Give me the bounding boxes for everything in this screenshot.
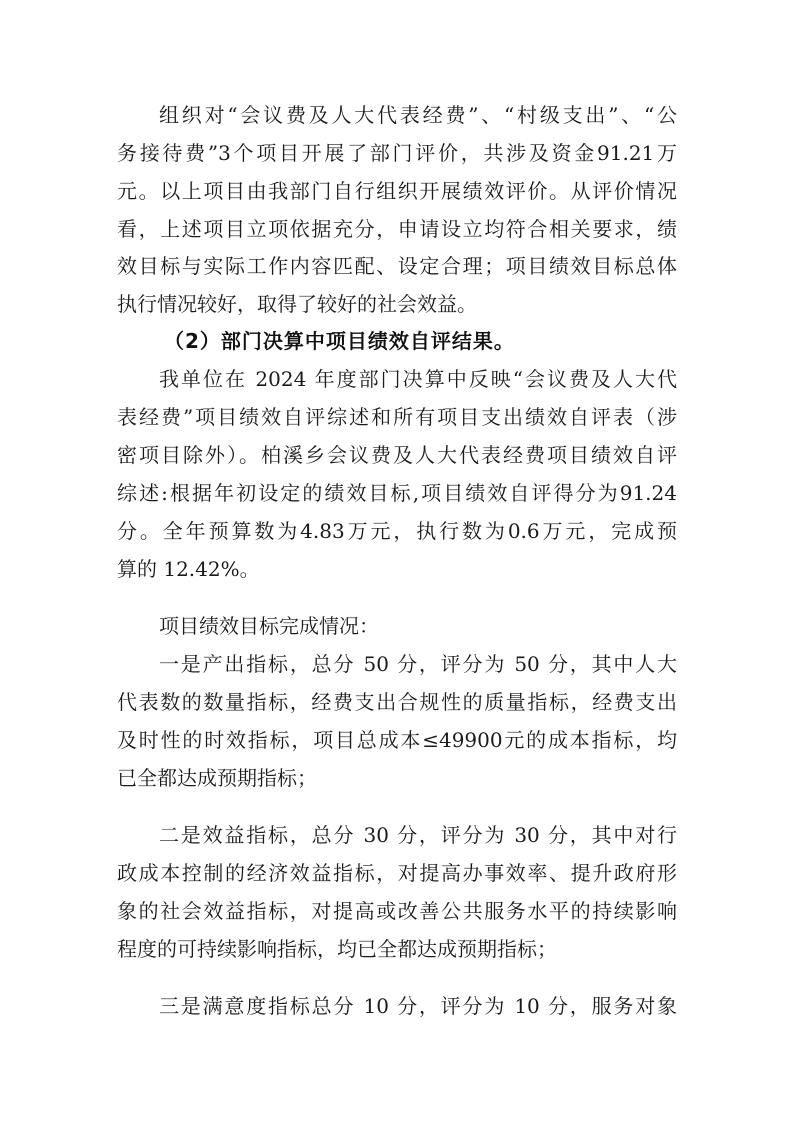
paragraph-line: 算的 12.42%。 (117, 557, 677, 581)
paragraph-line: 看，上述项目立项依据充分，申请设立均符合相关要求，绩 (117, 217, 677, 241)
paragraph-line: 元。以上项目由我部门自行组织开展绩效评价。从评价情况 (117, 179, 677, 203)
paragraph-line: 二是效益指标，总分 30 分，评分为 30 分，其中对行 (159, 823, 677, 847)
paragraph-line: 表经费”项目绩效自评综述和所有项目支出绩效自评表（涉 (117, 405, 677, 429)
paragraph-line: 务接待费”3个项目开展了部门评价，共涉及资金91.21万 (117, 141, 677, 165)
paragraph-line: 效目标与实际工作内容匹配、设定合理；项目绩效目标总体 (117, 254, 677, 278)
paragraph-line: 执行情况较好，取得了较好的社会效益。 (117, 292, 677, 316)
paragraph-line: 我单位在 2024 年度部门决算中反映“会议费及人大代 (159, 367, 677, 391)
paragraph-line: 三是满意度指标总分 10 分，评分为 10 分，服务对象 (159, 994, 677, 1018)
paragraph-line: 项目绩效目标完成情况： (159, 614, 677, 638)
paragraph-line: 已全都达成预期指标； (117, 766, 677, 790)
section-heading: （2）部门决算中项目绩效自评结果。 (164, 329, 515, 353)
paragraph-line: 一是产出指标，总分 50 分，评分为 50 分，其中人大 (159, 652, 677, 676)
paragraph-line: 及时性的时效指标，项目总成本≤49900元的成本指标，均 (117, 728, 677, 752)
paragraph-line: 组织对“会议费及人大代表经费”、“村级支出”、“公 (159, 103, 677, 127)
paragraph-line: 分。全年预算数为4.83万元，执行数为0.6万元，完成预 (117, 519, 677, 543)
document-page: 组织对“会议费及人大代表经费”、“村级支出”、“公 务接待费”3个项目开展了部门… (0, 0, 793, 1122)
paragraph-line: 代表数的数量指标，经费支出合规性的质量指标，经费支出 (117, 690, 677, 714)
paragraph-line: 象的社会效益指标，对提高或改善公共服务水平的持续影响 (117, 899, 677, 923)
paragraph-line: 政成本控制的经济效益指标，对提高办事效率、提升政府形 (117, 861, 677, 885)
paragraph-line: 综述:根据年初设定的绩效目标,项目绩效自评得分为91.24 (117, 481, 677, 505)
paragraph-line: 密项目除外）。柏溪乡会议费及人大代表经费项目绩效自评 (117, 443, 677, 467)
paragraph-line: 程度的可持续影响指标，均已全都达成预期指标； (117, 937, 677, 961)
